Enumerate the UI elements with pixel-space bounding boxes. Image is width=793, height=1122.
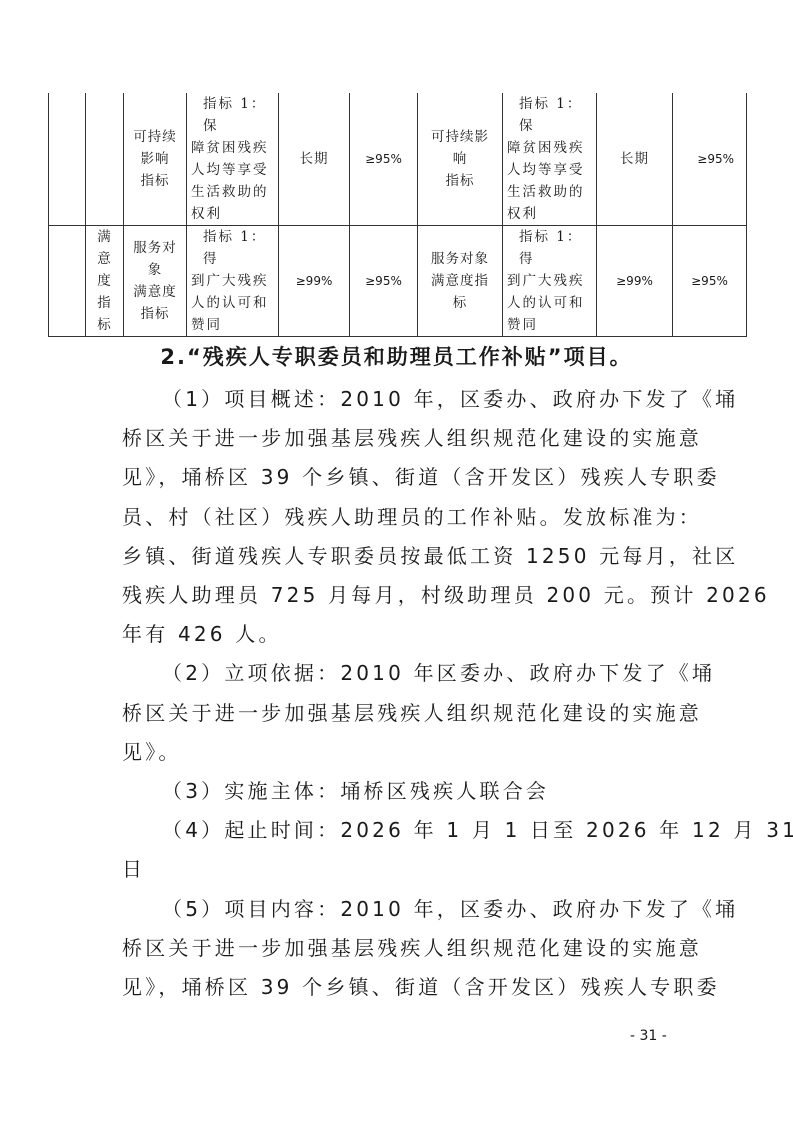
cell-text: 服务对象 <box>418 248 502 270</box>
section-heading: 2.“残疾人专职委员和助理员工作补贴”项目。 <box>0 341 793 371</box>
text-line: （4）起止时间：2026 年 1 月 1 日至 2026 年 12 月 31 <box>122 811 678 850</box>
cell-text: 指标 1：保 <box>507 93 596 137</box>
cell-level2 <box>86 93 124 226</box>
cell-indicator-category: 可持续影 响 指标 <box>418 93 503 226</box>
cell-text: 到广大残疾 <box>507 270 596 292</box>
cell-text: 人的认可和 <box>191 292 278 314</box>
cell-text: 生活救助的 <box>191 181 278 203</box>
cell-text: 权利 <box>191 203 278 225</box>
cell-value: ≥95% <box>673 226 747 337</box>
cell-level1 <box>49 93 86 226</box>
section-body: （1）项目概述：2010 年，区委办、政府办下发了《埇 桥区关于进一步加强基层残… <box>122 380 678 1007</box>
cell-text: 服务对 <box>124 237 186 259</box>
cell-text: 障贫困残疾 <box>507 137 596 159</box>
cell-indicator-desc: 指标 1：保 障贫困残疾 人均等享受 生活救助的 权利 <box>187 93 279 226</box>
text-line: 见》，埇桥区 39 个乡镇、街道（含开发区）残疾人专职委 <box>82 968 678 1007</box>
cell-text: 满意度指 <box>418 270 502 292</box>
text-line: （1）项目概述：2010 年，区委办、政府办下发了《埇 <box>122 380 678 419</box>
cell-text: 权利 <box>507 203 596 225</box>
cell-text: 到广大残疾 <box>191 270 278 292</box>
text-line: 桥区关于进一步加强基层残疾人组织规范化建设的实施意 <box>82 694 678 733</box>
page-number: - 31 - <box>630 1028 667 1044</box>
cell-level2: 满 意 度 指 标 <box>86 226 124 337</box>
cell-text: 可持续 <box>124 126 186 148</box>
cell-text: 标 <box>418 292 502 314</box>
table-row-sustainability: 可持续 影响 指标 指标 1：保 障贫困残疾 人均等享受 生活救助的 权利 长期… <box>49 93 747 226</box>
cell-text: 影响 <box>124 148 186 170</box>
text-line: 员、村（社区）残疾人助理员的工作补贴。发放标准为： <box>82 498 678 537</box>
text-line: 见》，埇桥区 39 个乡镇、街道（含开发区）残疾人专职委 <box>82 458 678 497</box>
cell-text: 指标 <box>418 170 502 192</box>
cell-text: 可持续影 <box>418 126 502 148</box>
cell-indicator-category: 服务对象 满意度指 标 <box>418 226 503 337</box>
cell-text: 赞同 <box>191 314 278 336</box>
cell-text: 响 <box>418 148 502 170</box>
text-line: 乡镇、街道残疾人专职委员按最低工资 1250 元每月，社区 <box>82 537 678 576</box>
cell-value: ≥99% <box>279 226 350 337</box>
performance-indicator-table: 可持续 影响 指标 指标 1：保 障贫困残疾 人均等享受 生活救助的 权利 长期… <box>48 93 747 337</box>
cell-text: 人均等享受 <box>507 159 596 181</box>
cell-text: 象 <box>124 259 186 281</box>
cell-text: 障贫困残疾 <box>191 137 278 159</box>
cell-value: ≥95% <box>673 93 747 226</box>
paragraph-content: （5）项目内容：2010 年，区委办、政府办下发了《埇 桥区关于进一步加强基层残… <box>122 890 678 1008</box>
text-line: 桥区关于进一步加强基层残疾人组织规范化建设的实施意 <box>82 929 678 968</box>
cell-text: 人的认可和 <box>507 292 596 314</box>
paragraph-implementer: （3）实施主体：埇桥区残疾人联合会 <box>122 772 678 811</box>
paragraph-period: （4）起止时间：2026 年 1 月 1 日至 2026 年 12 月 31 日 <box>122 811 678 889</box>
cell-value: 长期 <box>279 93 350 226</box>
cell-text: 满意度 <box>124 281 186 303</box>
text-line: 日 <box>82 850 678 889</box>
cell-indicator-desc: 指标 1：得 到广大残疾 人的认可和 赞同 <box>187 226 279 337</box>
paragraph-overview: （1）项目概述：2010 年，区委办、政府办下发了《埇 桥区关于进一步加强基层残… <box>122 380 678 654</box>
cell-indicator-category: 服务对 象 满意度 指标 <box>124 226 187 337</box>
cell-text: 指标 1：得 <box>191 226 278 270</box>
cell-level1 <box>49 226 86 337</box>
cell-text: 满 <box>86 226 123 248</box>
cell-indicator-desc: 指标 1：得 到广大残疾 人的认可和 赞同 <box>503 226 597 337</box>
table-row-satisfaction: 满 意 度 指 标 服务对 象 满意度 指标 指标 1：得 到广大残疾 人的认可… <box>49 226 747 337</box>
cell-text: 指标 1：保 <box>191 93 278 137</box>
cell-text: 指标 <box>124 170 186 192</box>
text-line: （2）立项依据：2010 年区委办、政府办下发了《埇 <box>122 654 678 693</box>
cell-text: 赞同 <box>507 314 596 336</box>
text-line: 残疾人助理员 725 月每月，村级助理员 200 元。预计 2026 <box>82 576 678 615</box>
text-line: 见》。 <box>82 733 678 772</box>
cell-text: 标 <box>86 314 123 336</box>
cell-indicator-category: 可持续 影响 指标 <box>124 93 187 226</box>
text-line: 年有 426 人。 <box>82 615 678 654</box>
cell-text: 指标 1：得 <box>507 226 596 270</box>
paragraph-basis: （2）立项依据：2010 年区委办、政府办下发了《埇 桥区关于进一步加强基层残疾… <box>122 654 678 772</box>
cell-value: 长期 <box>597 93 673 226</box>
text-line: （5）项目内容：2010 年，区委办、政府办下发了《埇 <box>122 890 678 929</box>
cell-text: 指 <box>86 292 123 314</box>
cell-text: 指标 <box>124 303 186 325</box>
cell-value: ≥99% <box>597 226 673 337</box>
cell-text: 生活救助的 <box>507 181 596 203</box>
cell-text: 人均等享受 <box>191 159 278 181</box>
cell-value: ≥95% <box>350 226 418 337</box>
cell-indicator-desc: 指标 1：保 障贫困残疾 人均等享受 生活救助的 权利 <box>503 93 597 226</box>
text-line: （3）实施主体：埇桥区残疾人联合会 <box>122 772 678 811</box>
cell-text: 度 <box>86 270 123 292</box>
cell-value: ≥95% <box>350 93 418 226</box>
cell-text: 意 <box>86 248 123 270</box>
text-line: 桥区关于进一步加强基层残疾人组织规范化建设的实施意 <box>82 419 678 458</box>
